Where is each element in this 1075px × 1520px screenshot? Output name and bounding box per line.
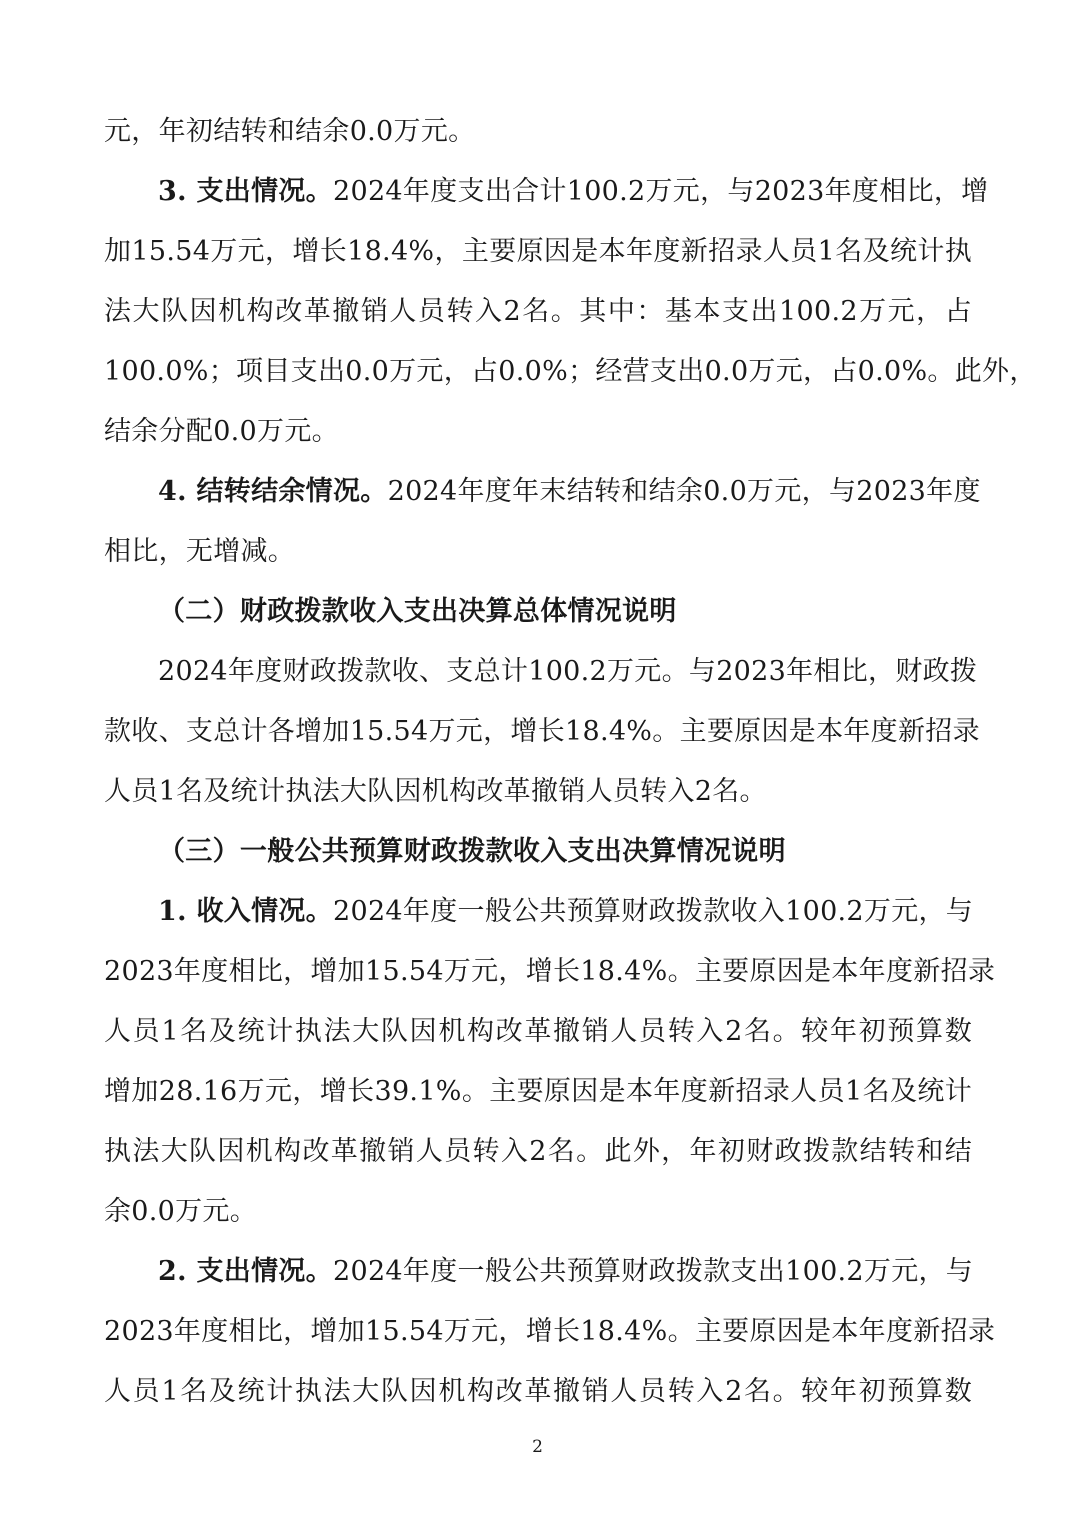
paragraph-line: 2023年度相比，增加15.54万元，增长18.4%。主要原因是本年度新招录 [104, 952, 972, 992]
line-text: 余0.0万元。 [104, 1196, 257, 1227]
line-text: 元，年初结转和结余0.0万元。 [104, 116, 475, 147]
line-text: 法大队因机构改革撤销人员转入2名。其中：基本支出100.2万元，占 [104, 296, 972, 327]
paragraph-line: 加15.54万元，增长18.4%，主要原因是本年度新招录人员1名及统计执 [104, 232, 972, 272]
paragraph-line: 相比，无增减。 [104, 532, 972, 572]
line-text: 人员1名及统计执法大队因机构改革撤销人员转入2名。较年初预算数 [104, 1016, 972, 1047]
line-text: 100.0%；项目支出0.0万元，占0.0%；经营支出0.0万元，占0.0%。此… [104, 356, 1037, 387]
line-text: 增加28.16万元，增长39.1%。主要原因是本年度新招录人员1名及统计 [104, 1076, 972, 1107]
paragraph-line: 执法大队因机构改革撤销人员转入2名。此外，年初财政拨款结转和结 [104, 1132, 972, 1172]
paragraph-line: 人员1名及统计执法大队因机构改革撤销人员转入2名。较年初预算数 [104, 1012, 972, 1052]
paragraph-line: 2024年度财政拨款收、支总计100.2万元。与2023年相比，财政拨 [158, 652, 972, 692]
section-3-expenditure-line: 3. 支出情况。2024年度支出合计100.2万元，与2023年度相比，增 [158, 172, 972, 212]
section-4-balance-line: 4. 结转结余情况。2024年度年末结转和结余0.0万元，与2023年度 [158, 472, 972, 512]
line-text: 人员1名及统计执法大队因机构改革撤销人员转入2名。 [104, 776, 767, 807]
paragraph-line: 增加28.16万元，增长39.1%。主要原因是本年度新招录人员1名及统计 [104, 1072, 972, 1112]
heading-text: （三）一般公共预算财政拨款收入支出决算情况说明 [158, 836, 786, 867]
paragraph-line: 法大队因机构改革撤销人员转入2名。其中：基本支出100.2万元，占 [104, 292, 972, 332]
line-text: 2024年度一般公共预算财政拨款支出100.2万元，与 [333, 1256, 973, 1287]
line-text: 2023年度相比，增加15.54万元，增长18.4%。主要原因是本年度新招录 [104, 1316, 995, 1347]
line-text: 执法大队因机构改革撤销人员转入2名。此外，年初财政拨款结转和结 [104, 1136, 972, 1167]
paragraph-line: 2023年度相比，增加15.54万元，增长18.4%。主要原因是本年度新招录 [104, 1312, 972, 1352]
section-heading-2: （二）财政拨款收入支出决算总体情况说明 [158, 592, 677, 632]
paragraph-line: 款收、支总计各增加15.54万元，增长18.4%。主要原因是本年度新招录 [104, 712, 972, 752]
section-lead: 4. 结转结余情况。 [158, 476, 388, 507]
section-lead: 3. 支出情况。 [158, 176, 333, 207]
section-heading-3: （三）一般公共预算财政拨款收入支出决算情况说明 [158, 832, 786, 872]
section-2-expenditure-line: 2. 支出情况。2024年度一般公共预算财政拨款支出100.2万元，与 [158, 1252, 972, 1292]
line-text: 2024年度一般公共预算财政拨款收入100.2万元，与 [333, 896, 973, 927]
line-text: 2023年度相比，增加15.54万元，增长18.4%。主要原因是本年度新招录 [104, 956, 995, 987]
heading-text: （二）财政拨款收入支出决算总体情况说明 [158, 596, 677, 627]
line-text: 款收、支总计各增加15.54万元，增长18.4%。主要原因是本年度新招录 [104, 716, 980, 747]
paragraph-line: 人员1名及统计执法大队因机构改革撤销人员转入2名。较年初预算数 [104, 1372, 972, 1412]
paragraph-line: 元，年初结转和结余0.0万元。 [104, 112, 972, 152]
document-page: 元，年初结转和结余0.0万元。 3. 支出情况。2024年度支出合计100.2万… [0, 0, 1075, 1520]
line-text: 2024年度年末结转和结余0.0万元，与2023年度 [388, 476, 981, 507]
paragraph-line: 余0.0万元。 [104, 1192, 972, 1232]
section-lead: 1. 收入情况。 [158, 896, 333, 927]
line-text: 人员1名及统计执法大队因机构改革撤销人员转入2名。较年初预算数 [104, 1376, 972, 1407]
section-1-income-line: 1. 收入情况。2024年度一般公共预算财政拨款收入100.2万元，与 [158, 892, 972, 932]
page-number: 2 [0, 1435, 1075, 1459]
line-text: 2024年度财政拨款收、支总计100.2万元。与2023年相比，财政拨 [158, 656, 977, 687]
line-text: 相比，无增减。 [104, 536, 295, 567]
line-text: 2024年度支出合计100.2万元，与2023年度相比，增 [333, 176, 988, 207]
paragraph-line: 结余分配0.0万元。 [104, 412, 972, 452]
paragraph-line: 100.0%；项目支出0.0万元，占0.0%；经营支出0.0万元，占0.0%。此… [104, 352, 972, 392]
section-lead: 2. 支出情况。 [158, 1256, 333, 1287]
line-text: 结余分配0.0万元。 [104, 416, 339, 447]
line-text: 加15.54万元，增长18.4%，主要原因是本年度新招录人员1名及统计执 [104, 236, 972, 267]
paragraph-line: 人员1名及统计执法大队因机构改革撤销人员转入2名。 [104, 772, 972, 812]
